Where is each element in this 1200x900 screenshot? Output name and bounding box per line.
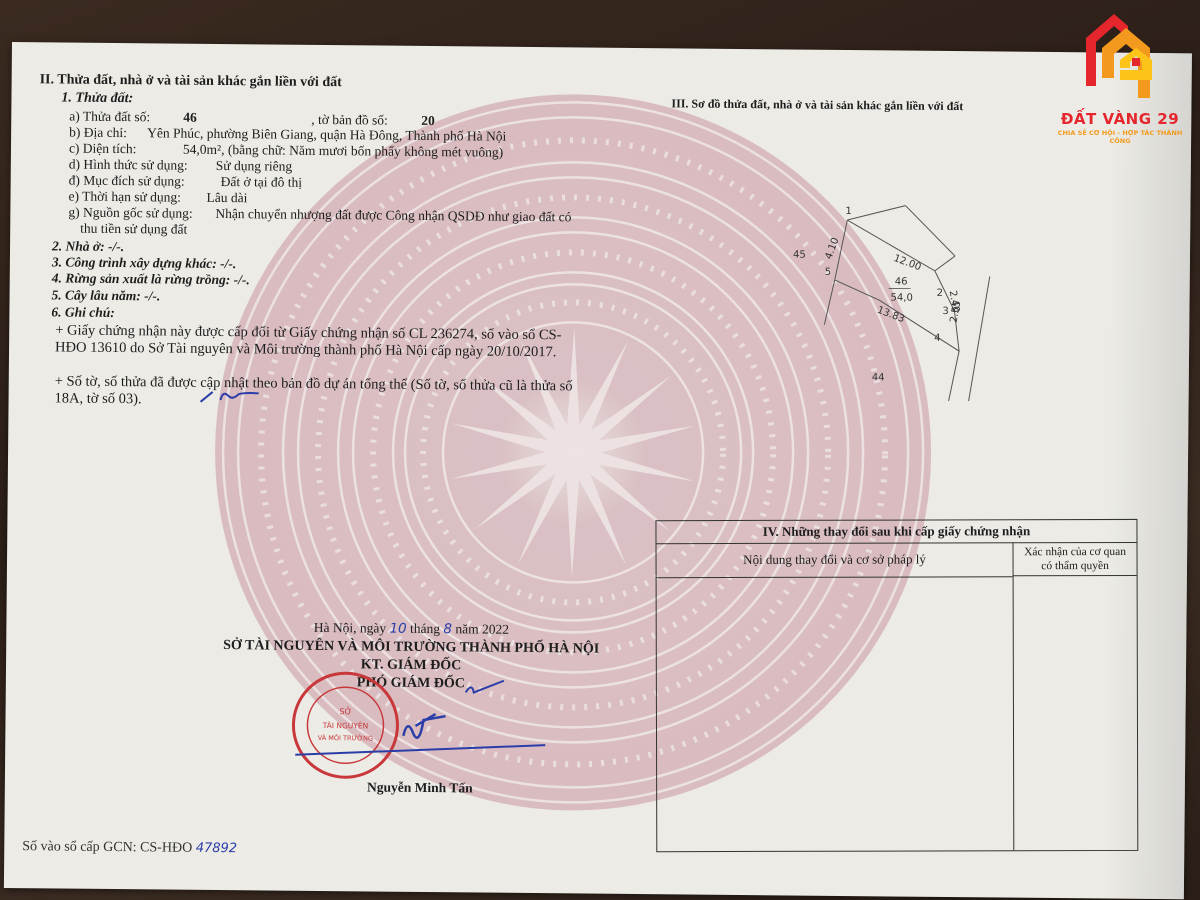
vertex-1: 1	[845, 206, 851, 217]
date-year: năm 2022	[455, 621, 509, 637]
brand-name: ĐẤT VÀNG 29	[1050, 110, 1190, 128]
purpose-value: Đất ở tại đô thị	[221, 174, 303, 190]
house-logo-icon	[1080, 8, 1160, 103]
vertex-2: 2	[937, 288, 943, 299]
signature-stroke-icon	[295, 705, 556, 767]
origin-value-line2: thu tiền sử dụng đất	[80, 221, 187, 238]
deputy-director: PHÓ GIÁM ĐỐC	[201, 674, 621, 694]
house-item: 2. Nhà ở: -/-.	[52, 238, 124, 255]
date-place: Hà Nội, ngày	[314, 620, 387, 636]
note-1: + Giấy chứng nhận này được cấp đổi từ Gi…	[55, 322, 575, 361]
parcel-diagram: 1 2 3 4 5 12.00 2.40 2.55 13.83 4.10 46 …	[784, 199, 1026, 401]
column-header-confirmation: Xác nhận của cơ quan có thẩm quyền	[1012, 542, 1136, 576]
term-label: e) Thời hạn sử dụng:	[68, 189, 181, 206]
vertex-3: 3	[942, 306, 948, 317]
vertex-5: 5	[825, 267, 831, 278]
area-label: c) Diện tích:	[69, 141, 137, 157]
changes-table: IV. Những thay đổi sau khi cấp giấy chứn…	[655, 519, 1138, 852]
registry-label: Số vào sổ cấp GCN: CS-HĐO	[22, 839, 192, 856]
parcel-label: a) Thửa đất số:	[69, 109, 150, 125]
vertex-4: 4	[934, 333, 940, 344]
month-label: tháng	[410, 621, 440, 636]
parcel-number: 46	[183, 110, 197, 126]
note-2: + Số tờ, số thửa đã được cập nhật theo b…	[54, 373, 574, 412]
term-value: Lâu dài	[206, 190, 247, 206]
certificate-page: II. Thửa đất, nhà ở và tài sản khác gắn …	[4, 42, 1192, 899]
registry-number: 47892	[196, 841, 238, 856]
column-divider	[1013, 576, 1015, 850]
brand-logo: ĐẤT VÀNG 29 CHIA SẺ CƠ HỘI - HỢP TÁC THÀ…	[1050, 8, 1190, 145]
date-month: 8	[443, 621, 452, 637]
map-sheet-label: , tờ bản đồ số:	[311, 112, 388, 128]
initials-stroke-icon	[464, 676, 514, 698]
agency-name: SỞ TÀI NGUYÊN VÀ MÔI TRƯỜNG THÀNH PHỐ HÀ…	[201, 638, 621, 658]
neighbor-44: 44	[872, 372, 885, 383]
address-label: b) Địa chỉ:	[69, 125, 127, 141]
parcel-number-label: 46	[895, 276, 908, 287]
date-line: Hà Nội, ngày 10 tháng 8 năm 2022	[201, 619, 621, 639]
forest-item: 4. Rừng sản xuất là rừng trồng: -/-.	[52, 270, 250, 288]
land-heading: 1. Thửa đất:	[61, 90, 133, 107]
section-iv-title: IV. Những thay đổi sau khi cấp giấy chứn…	[656, 520, 1136, 544]
other-works-item: 3. Công trình xây dựng khác: -/-.	[52, 254, 237, 272]
section-iii-title: III. Sơ đồ thửa đất, nhà ở và tài sản kh…	[671, 96, 963, 114]
use-form-label: d) Hình thức sử dụng:	[69, 157, 188, 174]
perennial-item: 5. Cây lâu năm: -/-.	[51, 287, 160, 304]
confirmation-line-1: Xác nhận của cơ quan	[1014, 545, 1137, 559]
edge-12: 12.00	[892, 253, 923, 273]
notes-heading: 6. Ghi chú:	[51, 304, 115, 321]
use-form-value: Sử dụng riêng	[216, 158, 292, 174]
purpose-label: đ) Mục đích sử dụng:	[69, 173, 185, 190]
edge-51: 4.10	[823, 236, 841, 261]
parcel-area-label: 54,0	[891, 292, 913, 303]
column-header-content: Nội dung thay đổi và cơ sở pháp lý	[656, 542, 1012, 578]
initials-mark-icon	[199, 384, 269, 407]
map-sheet-number: 20	[421, 113, 435, 129]
kt-director: KT. GIÁM ĐỐC	[201, 656, 621, 676]
date-day: 10	[389, 621, 406, 637]
section-ii-title: II. Thửa đất, nhà ở và tài sản khác gắn …	[40, 72, 342, 91]
origin-label: g) Nguồn gốc sử dụng:	[68, 205, 192, 222]
registry-line: Số vào sổ cấp GCN: CS-HĐO 47892	[22, 839, 237, 857]
confirmation-line-2: có thẩm quyền	[1014, 559, 1137, 573]
neighbor-45: 45	[793, 250, 806, 261]
brand-slogan: CHIA SẺ CƠ HỘI - HỢP TÁC THÀNH CÔNG	[1050, 129, 1190, 145]
